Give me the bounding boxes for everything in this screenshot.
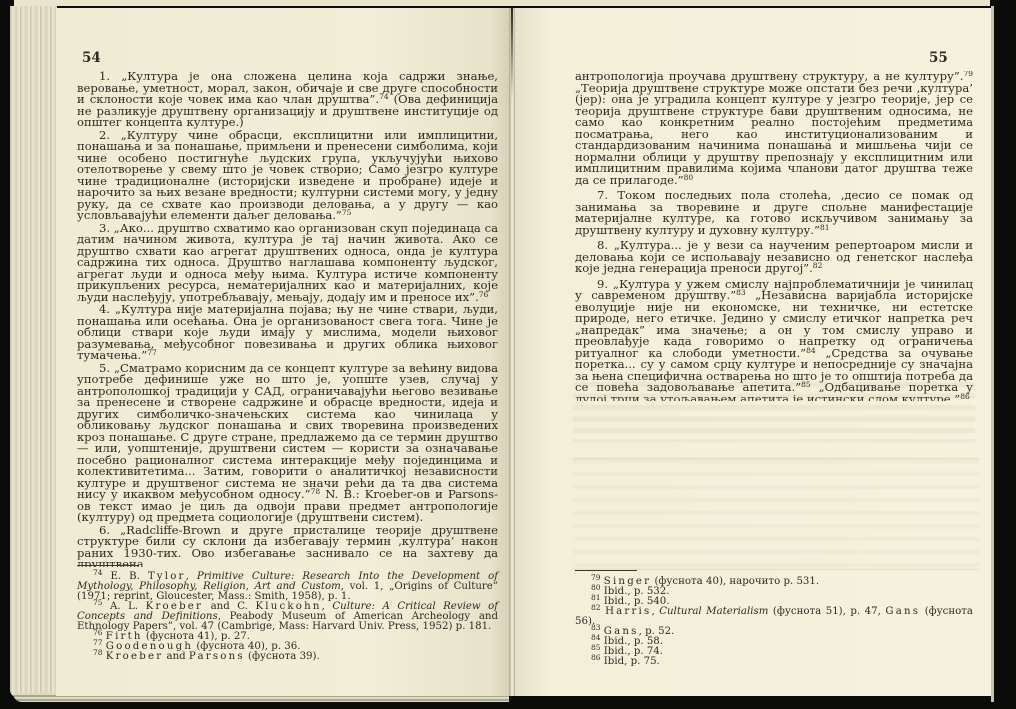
footnote-ref: 78 bbox=[311, 487, 321, 496]
footnote-ref: 78 bbox=[93, 648, 103, 657]
page-55-body-text: антропологија проучава друштвену структу… bbox=[575, 71, 973, 401]
page-54-body-text: 1. „Култура је она сложена целина која с… bbox=[77, 71, 498, 567]
book-scan: 54 1. „Култура је она сложена целина кој… bbox=[0, 0, 1016, 709]
text-segment: Harris bbox=[605, 606, 651, 617]
text-segment: Cultural Materialism bbox=[659, 606, 768, 617]
page-54: 54 1. „Култура је она сложена целина кој… bbox=[56, 8, 509, 696]
footnote-ref: 75 bbox=[342, 208, 352, 217]
footnote-ref: 74 bbox=[93, 568, 103, 577]
footnote: 86 Ibid, p. 75. bbox=[575, 657, 973, 667]
footnote: 75 A. L. Kroeber and C. Kluckohn, Cultur… bbox=[77, 602, 498, 632]
text-segment: „Теорија друштвене структуре може опстат… bbox=[575, 81, 973, 187]
footnote-separator-right bbox=[575, 570, 637, 571]
text-segment: and bbox=[163, 651, 189, 662]
footnote-ref: 82 bbox=[591, 603, 601, 612]
footnote-ref: 76 bbox=[93, 628, 103, 637]
page-number-54: 54 bbox=[82, 50, 101, 66]
footnote-ref: 81 bbox=[820, 223, 830, 232]
paragraph: антропологија проучава друштвену структу… bbox=[575, 71, 973, 186]
footnote-ref: 74 bbox=[379, 92, 389, 101]
paragraph: 4. „Култура није материјална појава; њу … bbox=[77, 304, 498, 362]
text-segment: 8. „Култура... је у вези са наученим реп… bbox=[575, 238, 973, 275]
footnote-ref: 85 bbox=[801, 380, 811, 389]
footnote: 82 Harris, Cultural Materialism (фуснота… bbox=[575, 607, 973, 627]
footnote-ref: 85 bbox=[591, 643, 601, 652]
footnote-ref: 80 bbox=[591, 583, 601, 592]
text-segment: Gans bbox=[885, 606, 920, 617]
text-segment: 4. „Култура није материјална појава; њу … bbox=[77, 302, 498, 362]
paragraph: 6. „Radcliffe-Brown и друге присталице т… bbox=[77, 525, 498, 568]
footnote-ref: 86 bbox=[960, 392, 970, 401]
text-segment: Ibid, p. 75. bbox=[601, 656, 660, 667]
page-55: 55 антропологија проучава друштвену стру… bbox=[515, 8, 991, 696]
text-segment: 6. „Radcliffe-Brown и друге присталице т… bbox=[77, 523, 498, 568]
footnote-ref: 83 bbox=[591, 623, 601, 632]
text-segment: (фуснота 39). bbox=[245, 651, 320, 662]
footnote: 78 Kroeber and Parsons (фуснота 39). bbox=[77, 652, 498, 662]
text-segment: 7. Током последњих пола столећа, ‚десио … bbox=[575, 188, 973, 237]
page-55-footnotes: 79 Singer (фуснота 40), нарочито p. 531.… bbox=[575, 577, 973, 667]
footnote-ref: 82 bbox=[813, 261, 823, 270]
paragraph: 5. „Сматрамо корисним да се концепт култ… bbox=[77, 363, 498, 524]
bleedthrough-table bbox=[573, 458, 979, 570]
footnote-ref: 84 bbox=[806, 346, 816, 355]
page-54-footnotes: 74 E. B. Tylor, Primitive Culture: Resea… bbox=[77, 572, 498, 662]
paragraph: 2. „Културу чине обрасци, експлицитни ил… bbox=[77, 130, 498, 222]
page-stack-left-edge bbox=[10, 6, 57, 697]
paragraph: 9. „Култура у ужем смислу најпроблематич… bbox=[575, 279, 973, 402]
paragraph: 3. „Ако... друштво схватимо као организо… bbox=[77, 223, 498, 304]
text-segment: Kroeber bbox=[106, 651, 163, 662]
paragraph: 7. Током последњих пола столећа, ‚десио … bbox=[575, 190, 973, 236]
page-number-55: 55 bbox=[929, 50, 948, 66]
page-top-edge bbox=[14, 0, 990, 6]
paragraph: 1. „Култура је она сложена целина која с… bbox=[77, 71, 498, 129]
text-segment: 3. „Ако... друштво схватимо као организо… bbox=[77, 221, 498, 304]
footnote-ref: 81 bbox=[591, 593, 601, 602]
footnote-ref: 79 bbox=[963, 71, 973, 78]
text-segment: (фуснота 51), p. 47, bbox=[768, 606, 885, 617]
paragraph: 8. „Култура... је у вези са наученим реп… bbox=[575, 240, 973, 275]
footnote-ref: 76 bbox=[479, 290, 489, 299]
footnote: 74 E. B. Tylor, Primitive Culture: Resea… bbox=[77, 572, 498, 602]
footnote-separator-left bbox=[77, 565, 139, 566]
footnote-ref: 79 bbox=[591, 573, 601, 582]
page-right-edge bbox=[991, 6, 994, 702]
text-segment: 2. „Културу чине обрасци, експлицитни ил… bbox=[77, 128, 498, 223]
footnote-ref: 83 bbox=[736, 288, 746, 297]
footnote-ref: 84 bbox=[591, 633, 601, 642]
text-segment: 5. „Сматрамо корисним да се концепт култ… bbox=[77, 361, 498, 502]
footnote-ref: 77 bbox=[147, 348, 157, 357]
footnote-ref: 80 bbox=[684, 173, 694, 182]
footnote-ref: 75 bbox=[93, 598, 103, 607]
footnote-ref: 77 bbox=[93, 638, 103, 647]
text-segment: Parsons bbox=[189, 651, 245, 662]
text-segment: (фуснота 40), нарочито p. 531. bbox=[651, 576, 819, 587]
footnote-ref: 86 bbox=[591, 653, 601, 662]
